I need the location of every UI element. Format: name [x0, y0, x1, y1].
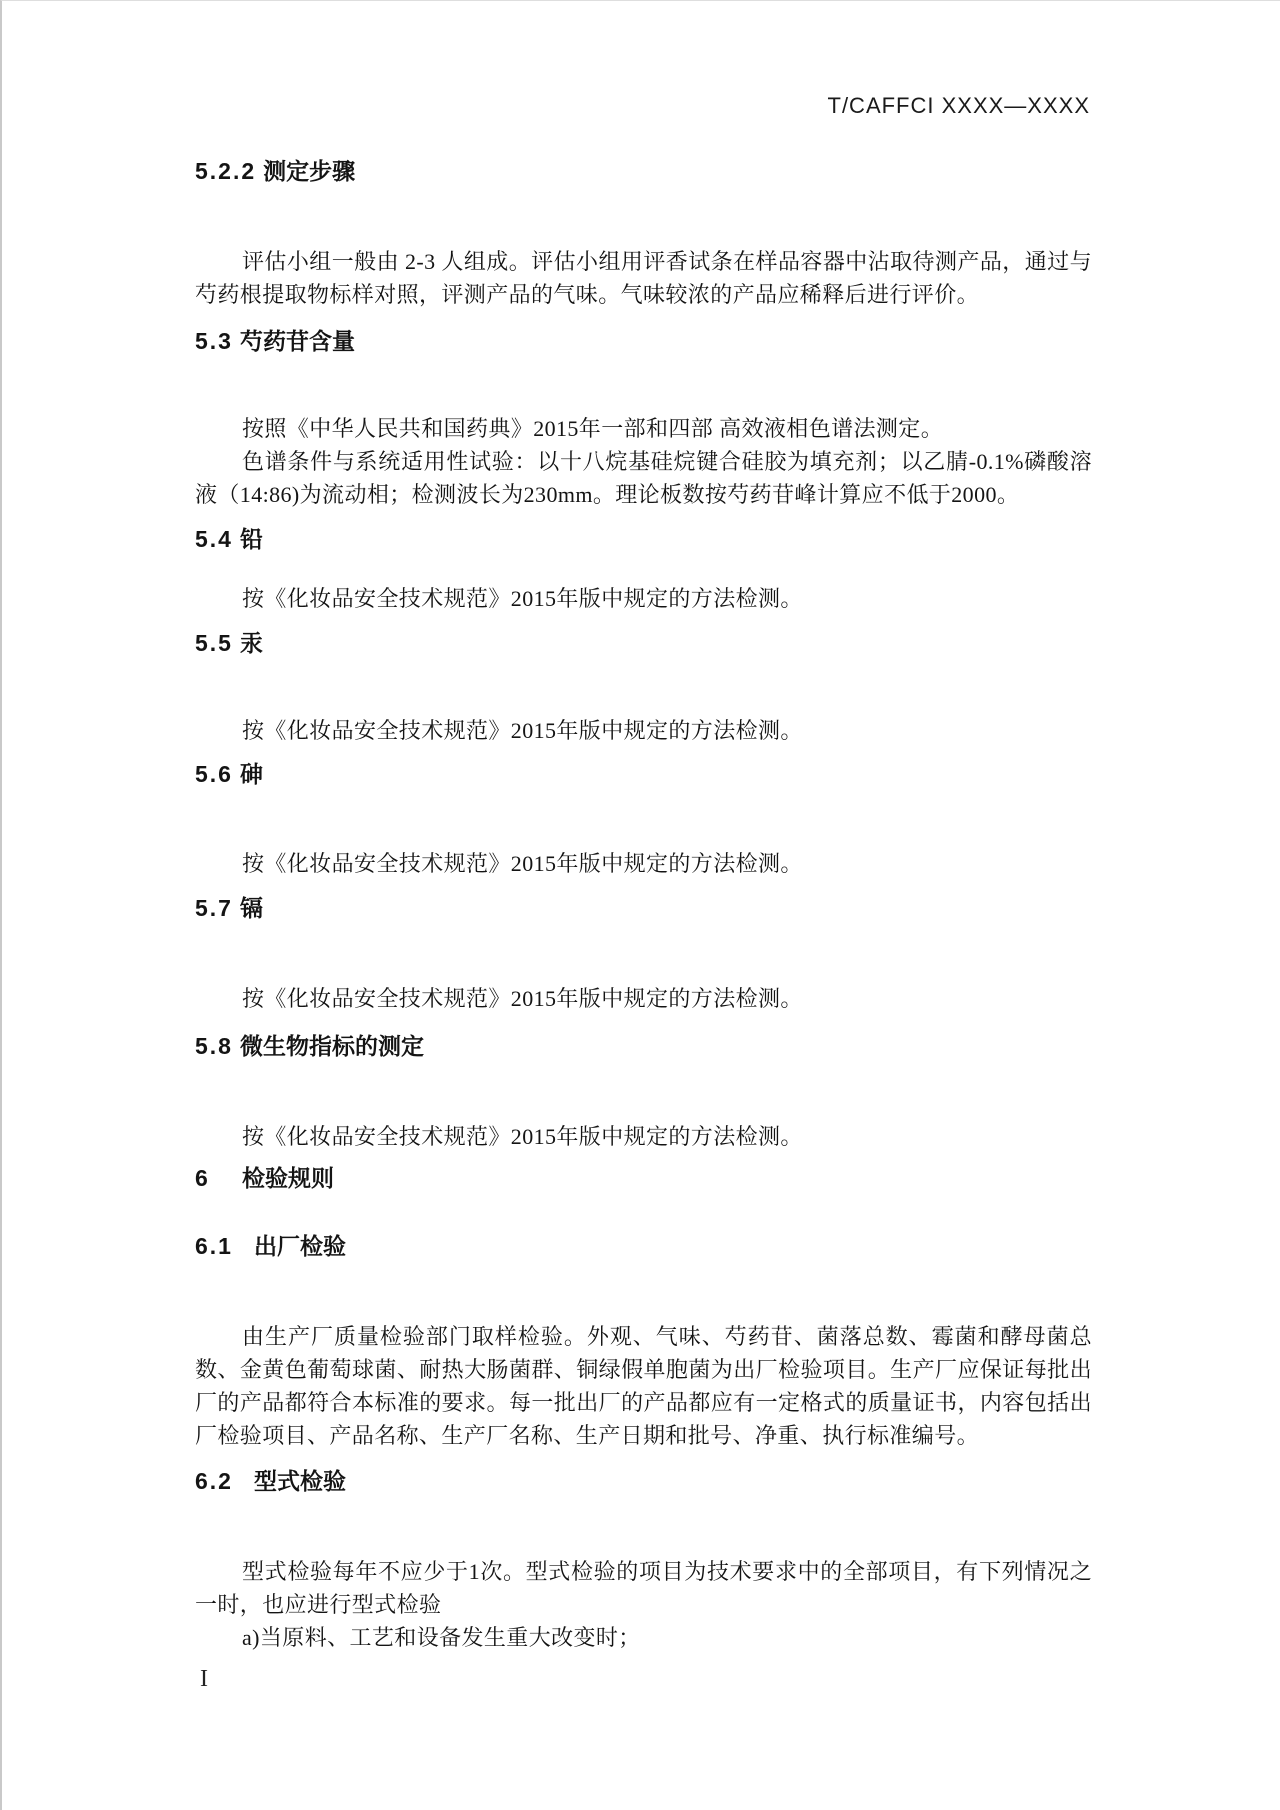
- list-item-a: a)当原料、工艺和设备发生重大改变时；: [195, 1621, 1092, 1654]
- heading-5-4: 5.4铅: [195, 524, 263, 554]
- paragraph-6-1: 由生产厂质量检验部门取样检验。外观、气味、芍药苷、菌落总数、霉菌和酵母菌总数、金…: [195, 1320, 1092, 1452]
- paragraph-5-4: 按《化妆品安全技术规范》2015年版中规定的方法检测。: [195, 582, 1092, 615]
- paragraph-5-6: 按《化妆品安全技术规范》2015年版中规定的方法检测。: [195, 847, 1092, 880]
- heading-title: 型式检验: [254, 1468, 346, 1494]
- paragraph-6-2: 型式检验每年不应少于1次。型式检验的项目为技术要求中的全部项目，有下列情况之一时…: [195, 1555, 1092, 1621]
- heading-title: 镉: [240, 895, 263, 921]
- heading-5-8: 5.8微生物指标的测定: [195, 1031, 424, 1061]
- heading-title: 铅: [240, 526, 263, 552]
- paragraph-5-3-method: 按照《中华人民共和国药典》2015年一部和四部 高效液相色谱法测定。: [195, 412, 1092, 445]
- heading-title: 测定步骤: [263, 158, 355, 184]
- heading-title: 微生物指标的测定: [240, 1033, 424, 1059]
- paragraph-5-5: 按《化妆品安全技术规范》2015年版中规定的方法检测。: [195, 714, 1092, 747]
- heading-number: 5.6: [195, 759, 233, 789]
- heading-5-3: 5.3芍药苷含量: [195, 326, 355, 356]
- heading-number: 5.4: [195, 524, 233, 554]
- heading-number: 5.8: [195, 1031, 233, 1061]
- heading-5-2-2: 5.2.2测定步骤: [195, 156, 355, 186]
- doc-code: T/CAFFCI XXXX—XXXX: [828, 93, 1091, 119]
- heading-number: 5.3: [195, 326, 233, 356]
- heading-6-1: 6.1出厂检验: [195, 1231, 346, 1261]
- heading-number: 6.1: [195, 1231, 254, 1261]
- paragraph-5-8: 按《化妆品安全技术规范》2015年版中规定的方法检测。: [195, 1120, 1092, 1153]
- heading-5-7: 5.7镉: [195, 893, 263, 923]
- heading-title: 检验规则: [242, 1165, 334, 1191]
- paragraph-5-3-conditions: 色谱条件与系统适用性试验：以十八烷基硅烷键合硅胶为填充剂；以乙腈-0.1%磷酸溶…: [195, 445, 1092, 511]
- paragraph-5-2-2: 评估小组一般由 2-3 人组成。评估小组用评香试条在样品容器中沾取待测产品，通过…: [195, 245, 1092, 311]
- heading-5-6: 5.6砷: [195, 759, 263, 789]
- paragraph-5-7: 按《化妆品安全技术规范》2015年版中规定的方法检测。: [195, 982, 1092, 1015]
- heading-number: 5.5: [195, 628, 233, 658]
- heading-number: 5.2.2: [195, 156, 256, 186]
- document-page: T/CAFFCI XXXX—XXXX 5.2.2测定步骤 评估小组一般由 2-3…: [0, 0, 1280, 1810]
- heading-6: 6检验规则: [195, 1163, 334, 1193]
- heading-title: 砷: [240, 761, 263, 787]
- heading-5-5: 5.5汞: [195, 628, 263, 658]
- heading-number: 5.7: [195, 893, 233, 923]
- heading-6-2: 6.2型式检验: [195, 1466, 346, 1496]
- heading-title: 出厂检验: [254, 1233, 346, 1259]
- heading-number: 6.2: [195, 1466, 254, 1496]
- heading-number: 6: [195, 1163, 242, 1193]
- heading-title: 汞: [240, 630, 263, 656]
- heading-title: 芍药苷含量: [240, 328, 355, 354]
- page-number: I: [200, 1664, 208, 1694]
